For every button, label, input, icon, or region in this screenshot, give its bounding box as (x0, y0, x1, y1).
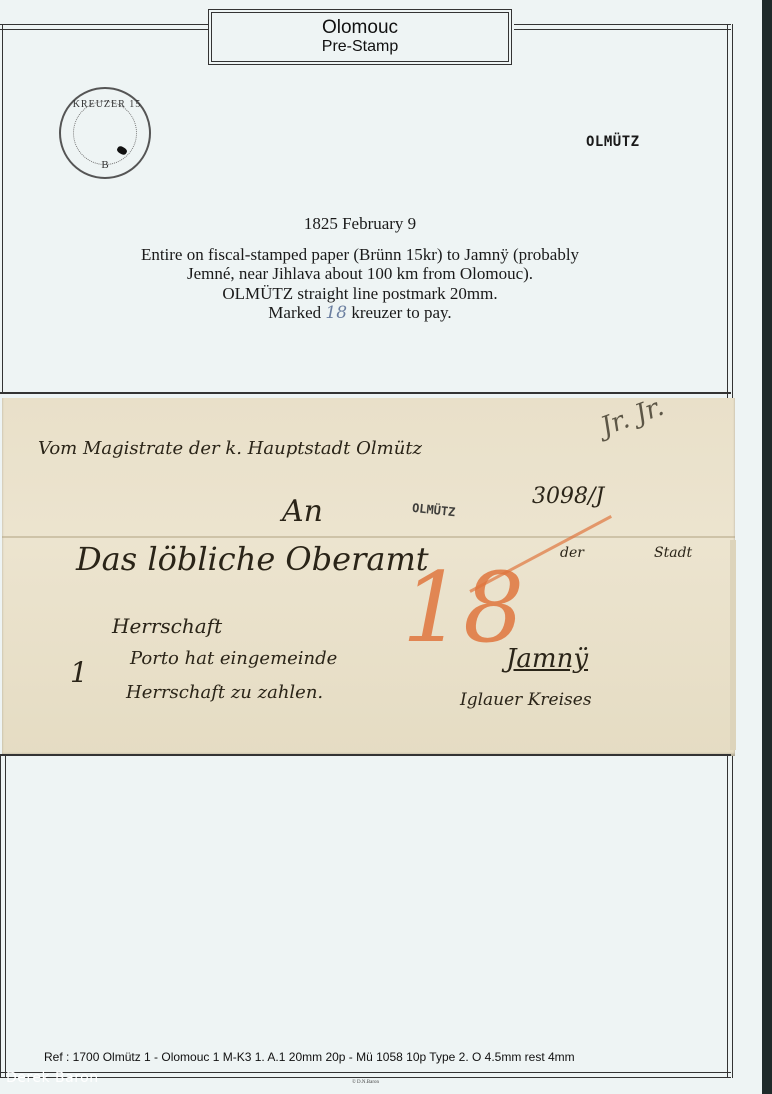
postmark-illustration: OLMÜTZ (586, 134, 640, 150)
fiscal-stamp-seal-icon: KREUZER 15 B (59, 87, 151, 179)
cover-description: 1825 February 9 Entire on fiscal-stamped… (100, 214, 620, 324)
reference-number: 3098/J (532, 484, 604, 509)
red-rate-marking: 18 (402, 560, 524, 656)
marked-prefix: Marked (268, 303, 325, 322)
seal-top-text: KREUZER 15 (65, 99, 149, 110)
an-line: An (282, 494, 323, 529)
description-line-2: Jemné, near Jihlava about 100 km from Ol… (100, 264, 620, 284)
frame-line-top-right (514, 24, 731, 30)
page-title-box: Olomouc Pre-Stamp (208, 9, 512, 65)
handwritten-rate: 18 (325, 303, 347, 323)
page-title-inner: Olomouc Pre-Stamp (211, 12, 509, 62)
seal-bottom-text: B (61, 159, 149, 171)
numeral-one: 1 (70, 656, 88, 689)
page-title: Olomouc (212, 13, 508, 38)
addressee-suffix-der: der (560, 545, 584, 561)
marked-suffix: kreuzer to pay. (347, 303, 452, 322)
addressee-suffix-stadt: Stadt (654, 545, 692, 561)
copyright-notice: © D.N.Baron (352, 1080, 379, 1085)
frame-line-left-lower (0, 754, 6, 1078)
description-line-1: Entire on fiscal-stamped paper (Brünn 15… (100, 245, 620, 265)
letter-flap (730, 540, 736, 750)
porto-line-2: Herrschaft zu zahlen. (126, 682, 323, 703)
porto-line-1: Porto hat eingemeinde (130, 648, 337, 669)
description-line-3: OLMÜTZ straight line postmark 20mm. (100, 284, 620, 304)
letter-fold (2, 536, 735, 538)
reference-footer: Ref : 1700 Olmütz 1 - Olomouc 1 M-K3 1. … (44, 1050, 575, 1064)
frame-line-bottom (0, 1072, 731, 1078)
destination: Jamnÿ (506, 644, 588, 674)
mount-line-top (0, 392, 731, 394)
description-line-4: Marked 18 kreuzer to pay. (100, 303, 620, 324)
page-edge-shadow (762, 0, 772, 1094)
frame-line-left-upper (0, 24, 3, 394)
addressee: Das löbliche Oberamt (76, 540, 429, 578)
frame-line-top-left (0, 24, 208, 30)
cover-date: 1825 February 9 (100, 214, 620, 234)
seal-inner-ring (73, 101, 137, 165)
district: Iglauer Kreises (460, 690, 592, 710)
mount-line-bottom (0, 754, 731, 756)
watermark: Derek Baron (6, 1070, 99, 1086)
herrschaft-line: Herrschaft (112, 614, 222, 638)
page-subtitle: Pre-Stamp (212, 38, 508, 56)
sender-line: Vom Magistrate der k. Hauptstadt Olmütz (38, 438, 422, 459)
